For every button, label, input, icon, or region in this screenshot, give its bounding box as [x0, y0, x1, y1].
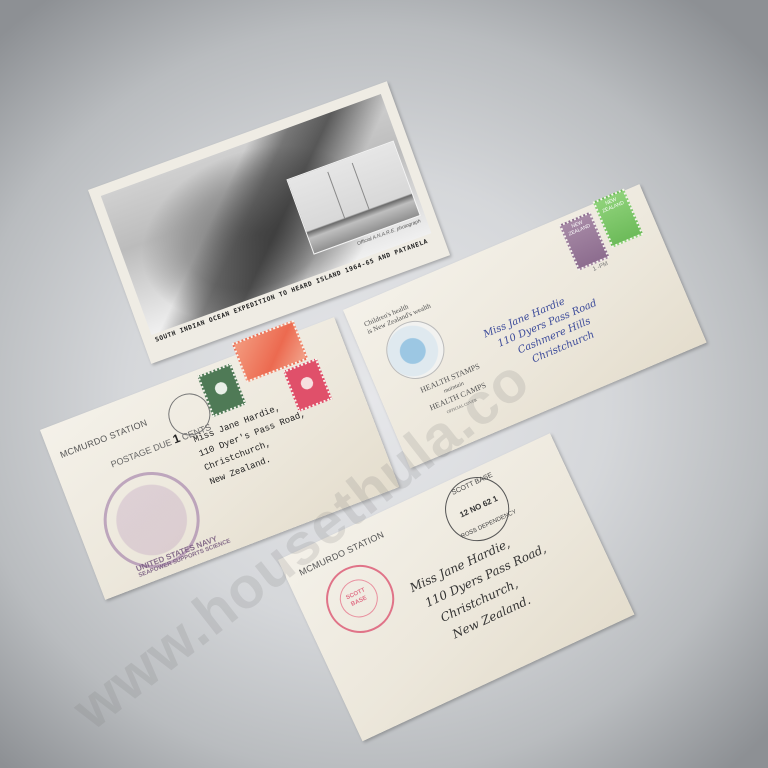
- postage-due-text: POSTAGE DUE: [109, 437, 173, 469]
- ship-mast: [327, 172, 345, 219]
- ship-mast: [352, 163, 370, 210]
- handwritten-address: Miss Jane Hardie, 110 Dyers Pass Road, C…: [406, 521, 566, 652]
